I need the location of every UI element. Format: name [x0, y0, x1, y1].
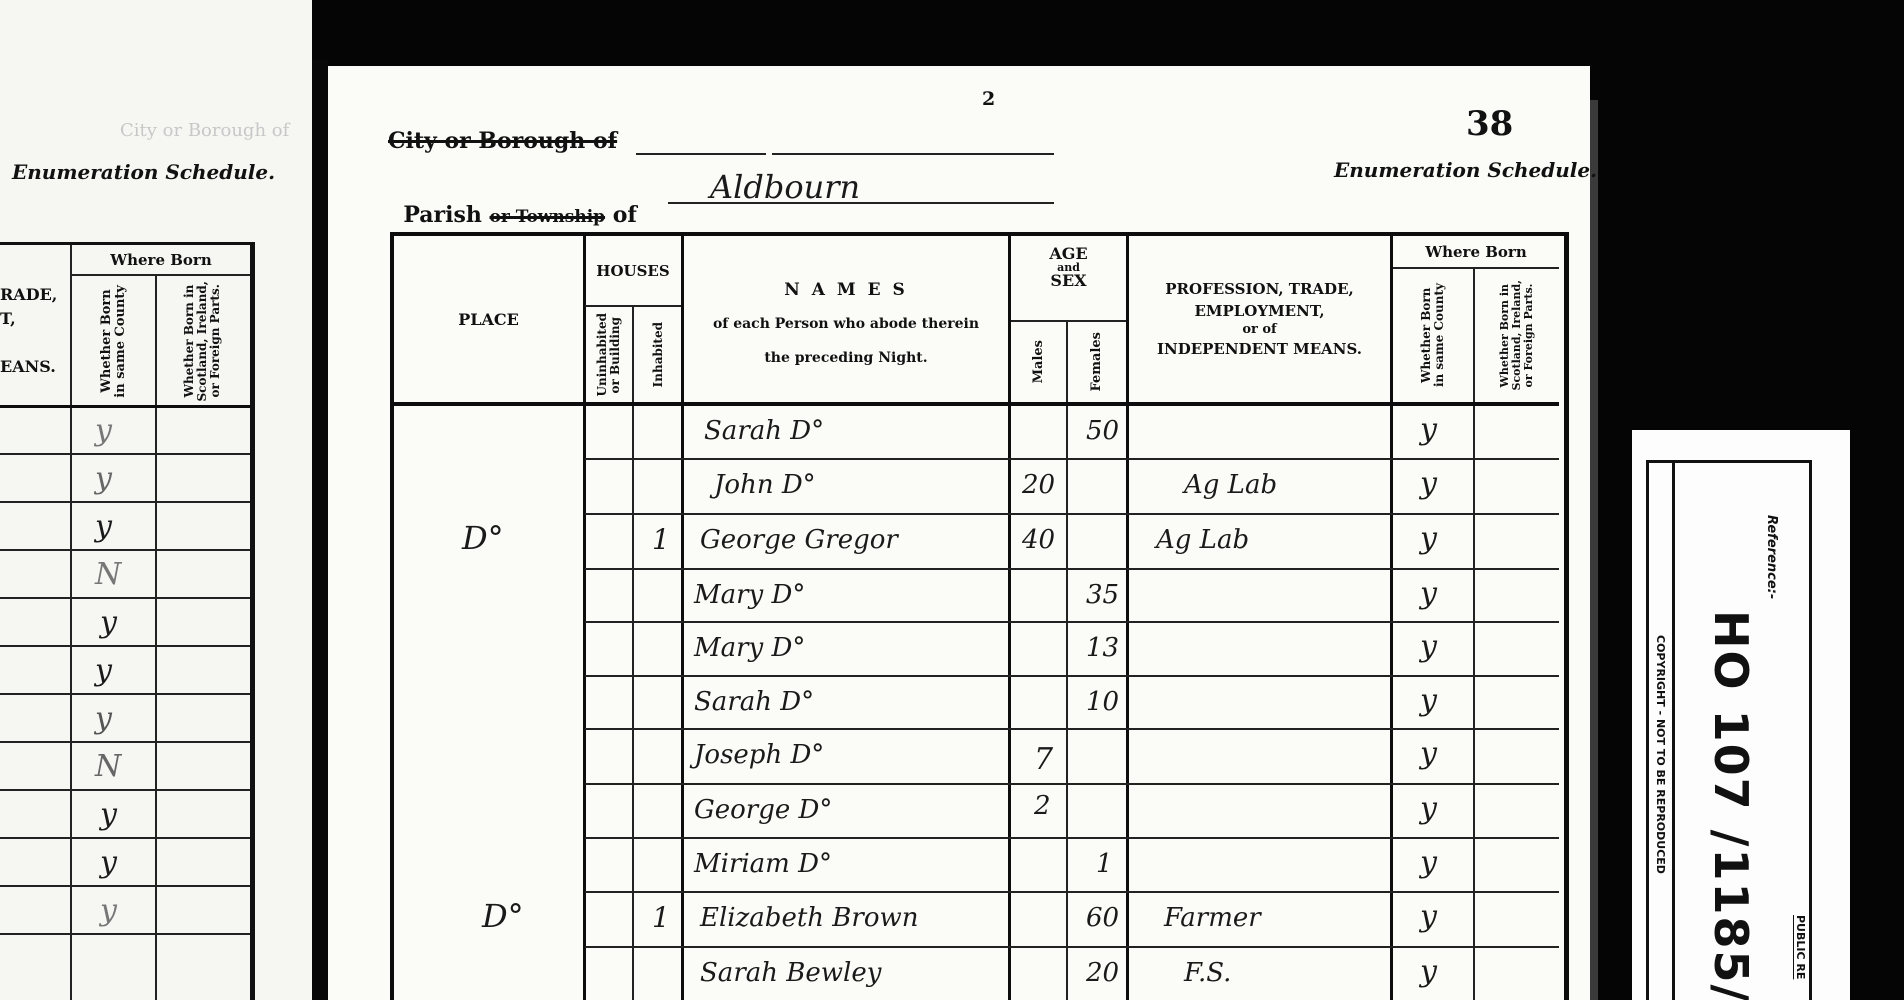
row-profession: Farmer — [1164, 903, 1261, 933]
row-name: Miriam D° — [694, 849, 832, 879]
left-mark: N — [95, 557, 121, 592]
left-foreign-header: Whether Born in Scotland, Ireland, or Fo… — [183, 281, 222, 402]
age-title: AGE — [1011, 246, 1126, 262]
row-females: 35 — [1086, 580, 1119, 610]
folio-number: 38 — [1466, 104, 1513, 144]
reference-code: HO 107 /1185/ — [1704, 610, 1758, 1000]
left-mark: y — [95, 701, 112, 736]
names-sub2: the preceding Night. — [684, 350, 1008, 366]
col-header-uninhabited: Uninhabited or Building — [596, 313, 622, 397]
row-place: D° — [482, 897, 524, 935]
row-name: Mary D° — [694, 580, 805, 610]
row-inhabited: 1 — [652, 523, 670, 556]
row-females: 10 — [1086, 687, 1119, 717]
row-same-county: y — [1420, 466, 1437, 501]
city-borough-label: City or Borough of — [388, 128, 617, 154]
parish-value: Aldbourn — [710, 168, 860, 206]
row-same-county: y — [1420, 629, 1437, 664]
left-mark: y — [100, 845, 117, 880]
age-sex: SEX — [1011, 273, 1126, 289]
row-males: 40 — [1022, 525, 1055, 555]
left-mark: y — [95, 461, 112, 496]
col-header-males: Males — [1032, 340, 1046, 383]
row-females: 60 — [1086, 903, 1119, 933]
left-mark: y — [100, 893, 117, 928]
public-record-office: PUBLIC RE — [1794, 915, 1807, 979]
row-name: Sarah D° — [694, 687, 814, 717]
row-inhabited: 1 — [652, 901, 670, 934]
left-mark: y — [95, 413, 112, 448]
row-name: Joseph D° — [694, 740, 824, 770]
left-mark: y — [100, 797, 117, 832]
row-same-county: y — [1420, 791, 1437, 826]
col-header-where-born: Where Born — [1393, 236, 1559, 267]
left-mark: N — [95, 749, 121, 784]
row-name: Mary D° — [694, 633, 805, 663]
row-same-county: y — [1420, 845, 1437, 880]
row-name: John D° — [714, 470, 816, 500]
left-mark: y — [95, 509, 112, 544]
row-females: 13 — [1086, 633, 1119, 663]
copyright-notice: COPYRIGHT - NOT TO BE REPRODUCED — [1654, 635, 1667, 874]
col-header-houses: HOUSES — [585, 236, 681, 305]
page-edge-shadow — [1590, 100, 1598, 1000]
profession-line1: PROFESSION, TRADE, — [1129, 278, 1390, 300]
left-profession-partial-3: EANS. — [0, 357, 56, 376]
col-header-foreign: Whether Born in Scotland, Ireland, or Fo… — [1499, 280, 1535, 390]
left-page-title: Enumeration Schedule. — [12, 160, 275, 184]
row-name: Sarah Bewley — [700, 958, 881, 988]
col-header-place: PLACE — [394, 236, 583, 402]
col-header-names: N A M E S of each Person who abode there… — [684, 236, 1008, 402]
table-row: Mary D° 13 y — [394, 623, 1559, 675]
table-row: John D° 20 Ag Lab y — [394, 460, 1559, 513]
col-header-age-sex: AGE and SEX — [1011, 246, 1126, 289]
left-mark: y — [100, 605, 117, 640]
profession-line2: EMPLOYMENT, — [1129, 300, 1390, 322]
parish-suffix: of — [605, 202, 637, 228]
row-females: 20 — [1086, 958, 1119, 988]
row-same-county: y — [1420, 736, 1437, 771]
col-header-inhabited: Inhabited — [651, 322, 665, 387]
row-males: 2 — [1034, 791, 1051, 821]
row-name: Elizabeth Brown — [700, 903, 919, 933]
row-profession: Ag Lab — [1156, 525, 1249, 555]
table-row: Joseph D° 7 y — [394, 730, 1559, 783]
left-profession-partial-2: T, — [0, 309, 16, 328]
row-name: George D° — [694, 795, 832, 825]
col-header-same-county: Whether Born in same County — [1420, 283, 1446, 387]
left-same-county-header: Whether Born in same County — [100, 285, 128, 398]
row-same-county: y — [1420, 521, 1437, 556]
page-number-small: 2 — [982, 88, 995, 110]
table-row: D° 1 George Gregor 40 Ag Lab y — [394, 515, 1559, 568]
left-where-born-title: Where Born — [72, 251, 250, 269]
parish-label: Parish or Township of — [388, 176, 637, 228]
reference-slip: Reference:- HO 107 /1185/ COPYRIGHT - NO… — [1632, 430, 1850, 1000]
table-row: D° 1 Elizabeth Brown 60 Farmer y — [394, 893, 1559, 946]
profession-line3: or of — [1129, 322, 1390, 338]
row-females: 50 — [1086, 416, 1119, 446]
right-page-title: Enumeration Schedule. — [1334, 158, 1597, 182]
row-same-county: y — [1420, 683, 1437, 718]
left-page: City or Borough of Enumeration Schedule.… — [0, 0, 312, 1000]
row-place: D° — [462, 519, 504, 557]
row-males: 20 — [1022, 470, 1055, 500]
reference-label: Reference:- — [1764, 515, 1779, 599]
row-profession: F.S. — [1184, 958, 1231, 988]
book-gutter — [312, 60, 328, 1000]
col-header-profession: PROFESSION, TRADE, EMPLOYMENT, or of IND… — [1129, 278, 1390, 360]
table-row: Sarah D° 10 y — [394, 677, 1559, 728]
row-profession: Ag Lab — [1184, 470, 1277, 500]
left-profession-partial-1: RADE, — [0, 285, 57, 304]
row-males: 7 — [1034, 742, 1053, 777]
left-mark: y — [95, 653, 112, 688]
col-header-females: Females — [1090, 332, 1104, 392]
table-row: Sarah D° 50 y — [394, 406, 1559, 458]
left-page-faded-header: City or Borough of — [120, 120, 289, 141]
names-sub1: of each Person who abode therein — [684, 316, 1008, 332]
row-name: George Gregor — [700, 525, 898, 555]
row-same-county: y — [1420, 954, 1437, 989]
table-row: Mary D° 35 y — [394, 570, 1559, 621]
profession-line4: INDEPENDENT MEANS. — [1129, 338, 1390, 360]
row-same-county: y — [1420, 412, 1437, 447]
census-table: PLACE HOUSES Uninhabited or Building Inh… — [390, 232, 1569, 1000]
row-name: Sarah D° — [704, 416, 824, 446]
row-same-county: y — [1420, 899, 1437, 934]
table-row: Sarah Bewley 20 F.S. y — [394, 948, 1559, 1000]
parish-struck: or Township — [490, 207, 606, 227]
names-title: N A M E S — [684, 280, 1008, 300]
table-row: Miriam D° 1 y — [394, 839, 1559, 891]
table-row: George D° 2 y — [394, 785, 1559, 837]
row-same-county: y — [1420, 576, 1437, 611]
parish-prefix: Parish — [403, 202, 489, 228]
row-females: 1 — [1096, 849, 1113, 879]
